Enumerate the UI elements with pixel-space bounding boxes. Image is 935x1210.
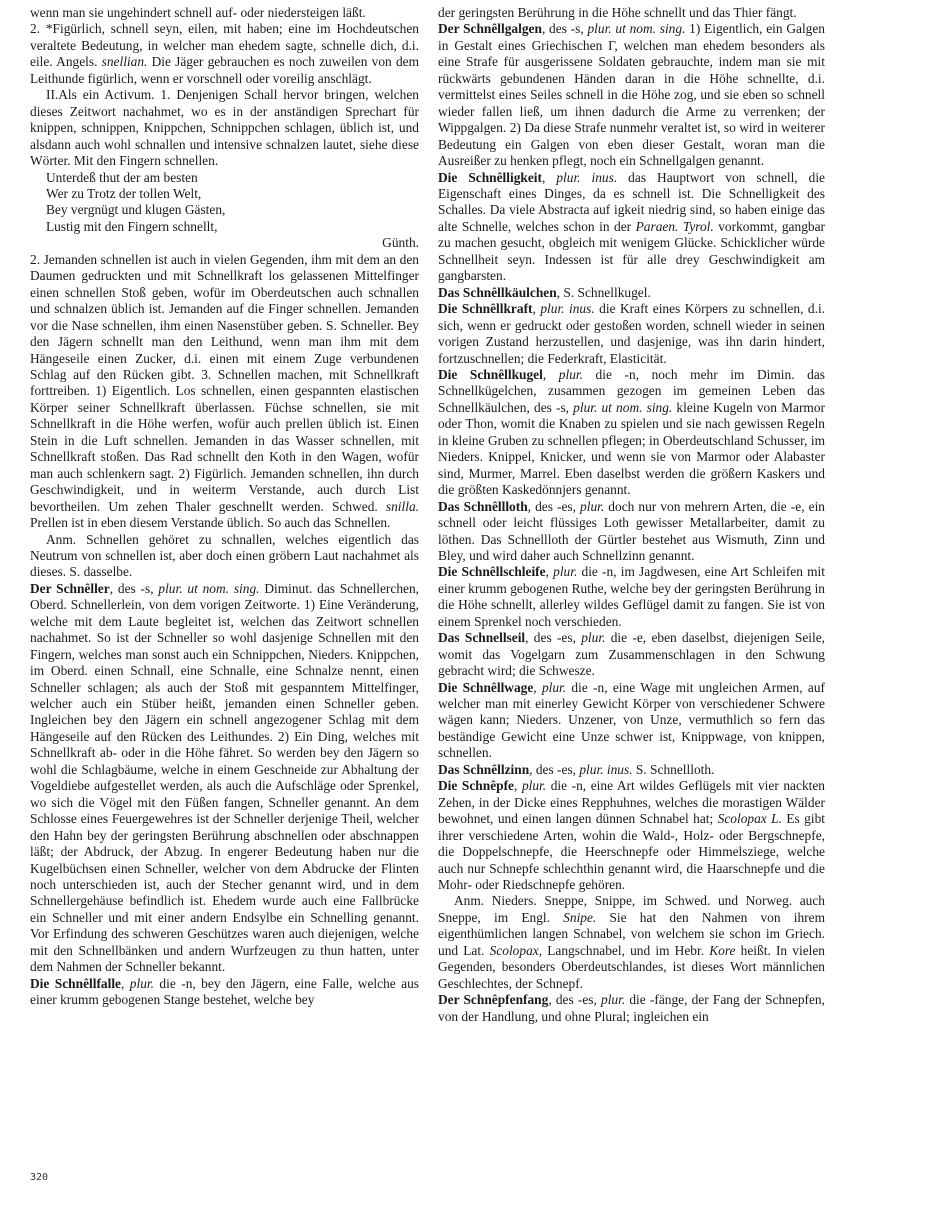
dictionary-entry: Das Schnêllzinn, des -es, plur. inus. S.… [438, 762, 825, 778]
text: 2. Jemanden schnellen ist auch in vielen… [30, 252, 419, 514]
entry-headword: Der Schnêpfenfang [438, 992, 548, 1007]
paragraph: der geringsten Berührung in die Höhe sch… [438, 5, 825, 21]
entry-headword: Das Schnêllkäulchen [438, 285, 557, 300]
text: wenn man sie ungehindert schnell auf- od… [30, 5, 366, 20]
grammar-italic: plur. [553, 564, 577, 579]
grammar: , des -es, [529, 762, 579, 777]
grammar-italic: plur. [130, 976, 154, 991]
italic-term: Paraen. Tyrol. [636, 219, 714, 234]
italic-term: Scolopax, [490, 943, 542, 958]
entry-headword: Die Schnêllkraft [438, 301, 533, 316]
entry-headword: Das Schnêllloth [438, 499, 528, 514]
grammar: , des -s, [542, 21, 588, 36]
dictionary-entry: Der Schnêller, des -s, plur. ut nom. sin… [30, 581, 419, 976]
grammar: , [121, 976, 130, 991]
entry-headword: Die Schnêpfe [438, 778, 514, 793]
grammar-italic: plur. inus. [556, 170, 617, 185]
verse-line: Lustig mit den Fingern schnellt, [46, 219, 419, 235]
grammar: , des -es, [548, 992, 601, 1007]
right-column: der geringsten Berührung in die Höhe sch… [438, 5, 825, 1025]
grammar: , [514, 778, 522, 793]
entry-headword: Die Schnêllschleife [438, 564, 546, 579]
grammar: , [546, 564, 554, 579]
entry-headword: Der Schnêller [30, 581, 110, 596]
grammar-italic: plur. inus. [540, 301, 594, 316]
entry-headword: Die Schnêllwage [438, 680, 533, 695]
dictionary-entry: Das Schnellseil, des -es, plur. die -e, … [438, 630, 825, 679]
annotation-paragraph: Anm. Nieders. Sneppe, Snippe, im Schwed.… [438, 893, 825, 992]
grammar-italic: plur. ut nom. sing. [158, 581, 259, 596]
dictionary-entry: Das Schnêllkäulchen, S. Schnellkugel. [438, 285, 825, 301]
italic-term: Kore [709, 943, 735, 958]
dictionary-entry: Die Schnêllfalle, plur. die -n, bey den … [30, 976, 419, 1009]
entry-headword: Das Schnellseil [438, 630, 525, 645]
grammar: , des -s, [110, 581, 159, 596]
dictionary-entry: Das Schnêllloth, des -es, plur. doch nur… [438, 499, 825, 565]
grammar-italic: plur. [522, 778, 546, 793]
paragraph: II.Als ein Activum. 1. Denjenigen Schall… [30, 87, 419, 169]
dictionary-entry: Der Schnêpfenfang, des -es, plur. die -f… [438, 992, 825, 1025]
grammar: , des -es, [525, 630, 581, 645]
entry-text: 1) Eigentlich, ein Galgen in Gestalt ein… [438, 21, 825, 168]
text: der geringsten Berührung in die Höhe sch… [438, 5, 797, 20]
dictionary-entry: Der Schnêllgalgen, des -s, plur. ut nom.… [438, 21, 825, 169]
paragraph: wenn man sie ungehindert schnell auf- od… [30, 5, 419, 21]
grammar: , des -es, [528, 499, 580, 514]
grammar: , [543, 367, 559, 382]
entry-headword: Der Schnêllgalgen [438, 21, 542, 36]
grammar-italic: plur. [542, 680, 566, 695]
dictionary-entry: Die Schnêllschleife, plur. die -n, im Ja… [438, 564, 825, 630]
dictionary-entry: Die Schnêllkugel, plur. die -n, noch meh… [438, 367, 825, 499]
grammar-italic: plur. inus. [579, 762, 632, 777]
grammar-italic: plur. [581, 630, 605, 645]
italic-term: snellian. [102, 54, 148, 69]
grammar-italic: plur. [580, 499, 604, 514]
verse-line: Bey vergnügt und klugen Gästen, [46, 202, 419, 218]
verse-attribution: Günth. [30, 235, 419, 251]
entry-text: S. Schnellloth. [633, 762, 715, 777]
entry-text: Diminut. das Schnellerchen, Oberd. Schne… [30, 581, 419, 974]
verse-quote: Unterdeß thut der am besten Wer zu Trotz… [30, 170, 419, 236]
cross-reference: , S. Schnellkugel. [557, 285, 651, 300]
grammar-italic: plur. [559, 367, 583, 382]
dictionary-entry: Die Schnêlligkeit, plur. inus. das Haupt… [438, 170, 825, 285]
italic-term: Scolopax L. [718, 811, 782, 826]
dictionary-entry: Die Schnêllwage, plur. die -n, eine Wage… [438, 680, 825, 762]
grammar-italic: plur. ut nom. sing. [587, 21, 685, 36]
paragraph: 2. *Figürlich, schnell seyn, eilen, mit … [30, 21, 419, 87]
text: Prellen ist in eben diesem Verstande übl… [30, 515, 390, 530]
italic-term: snilla. [386, 499, 419, 514]
text: Langschnabel, und im Hebr. [542, 943, 709, 958]
dictionary-entry: Die Schnêpfe, plur. die -n, eine Art wil… [438, 778, 825, 893]
grammar: , [542, 170, 556, 185]
verse-line: Wer zu Trotz der tollen Welt, [46, 186, 419, 202]
grammar: , [533, 680, 542, 695]
entry-headword: Die Schnêlligkeit [438, 170, 542, 185]
entry-headword: Die Schnêllfalle [30, 976, 121, 991]
entry-headword: Das Schnêllzinn [438, 762, 529, 777]
text: II.Als ein Activum. 1. Denjenigen Schall… [30, 87, 419, 168]
page-number: 320 [30, 1172, 48, 1183]
entry-headword: Die Schnêllkugel [438, 367, 543, 382]
left-column: wenn man sie ungehindert schnell auf- od… [30, 5, 419, 1009]
annotation-paragraph: Anm. Schnellen gehöret zu schnallen, wel… [30, 532, 419, 581]
italic-term: plur. ut nom. sing. [573, 400, 672, 415]
text: Anm. Schnellen gehöret zu schnallen, wel… [30, 532, 419, 580]
verse-line: Unterdeß thut der am besten [46, 170, 419, 186]
paragraph: 2. Jemanden schnellen ist auch in vielen… [30, 252, 419, 532]
grammar-italic: plur. [601, 992, 625, 1007]
dictionary-entry: Die Schnêllkraft, plur. inus. die Kraft … [438, 301, 825, 367]
italic-term: Snipe. [563, 910, 596, 925]
